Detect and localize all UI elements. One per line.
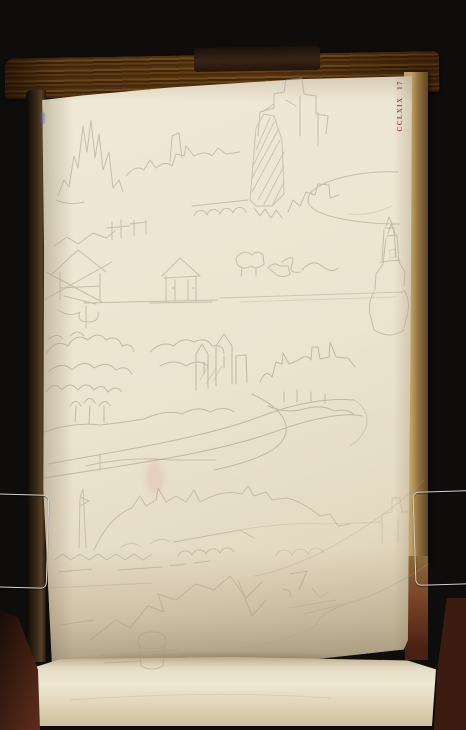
facing-page-edge: [32, 657, 436, 726]
left-retaining-clip: [0, 493, 49, 589]
leather-corner-bottom-right: [434, 598, 466, 730]
blue-pencil-mark: [41, 112, 45, 124]
right-retaining-clip: [413, 490, 466, 586]
photo-stage: CCLXIX 17: [0, 0, 466, 730]
sketchbook-page: [40, 72, 412, 668]
turner-bequest-stamp: CCLXIX 17: [396, 74, 408, 138]
pigment-smudge: [146, 460, 164, 494]
binding-strap-tab: [194, 46, 320, 72]
